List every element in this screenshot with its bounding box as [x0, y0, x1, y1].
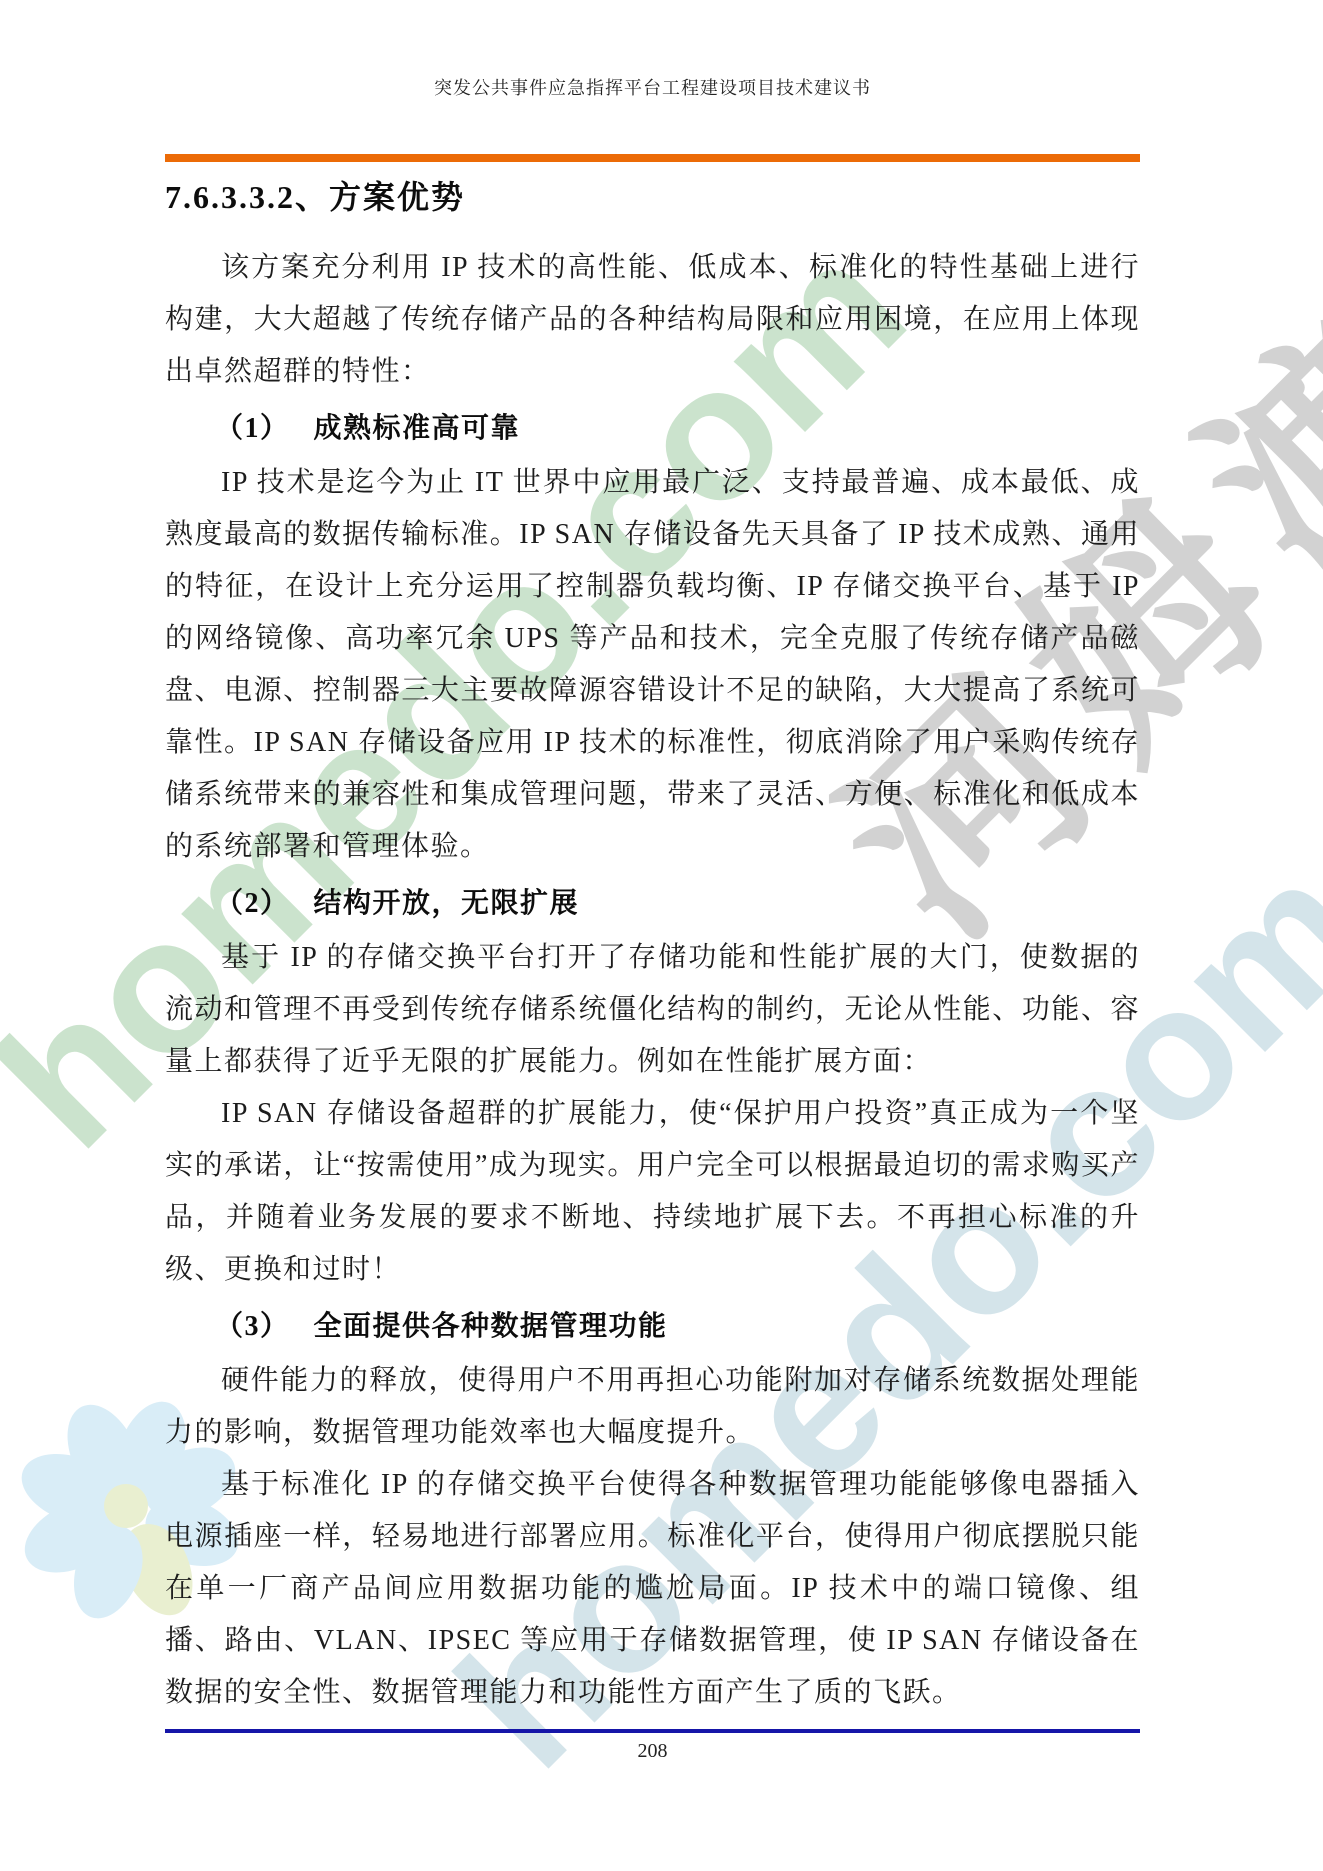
intro-paragraph: 该方案充分利用 IP 技术的高性能、低成本、标准化的特性基础上进行构建，大大超越… — [165, 242, 1140, 398]
flower-petal — [11, 1440, 123, 1533]
subsection-heading-2: （2）结构开放，无限扩展 — [165, 877, 1140, 930]
flower-petal — [52, 1393, 151, 1507]
subsection-heading-1: （1）成熟标准高可靠 — [165, 402, 1140, 455]
footer-blue-rule — [165, 1729, 1140, 1733]
subsection-number: （3） — [215, 1311, 290, 1342]
flower-petal — [60, 1515, 153, 1627]
content-column: 突发公共事件应急指挥平台工程建设项目技术建议书 7.6.3.3.2、方案优势 该… — [165, 0, 1140, 1719]
document-page: homedo.com homedo.com 河姆渡 突发公共事件应急指挥平台工程… — [0, 0, 1323, 1871]
paragraph: 基于 IP 的存储交换平台打开了存储功能和性能扩展的大门，使数据的流动和管理不再… — [165, 932, 1140, 1088]
paragraph: IP 技术是迄今为止 IT 世界中应用最广泛、支持最普遍、成本最低、成熟度最高的… — [165, 457, 1140, 873]
subsection-title: 全面提供各种数据管理功能 — [314, 1310, 668, 1341]
subsection-number: （2） — [215, 888, 290, 919]
paragraph: IP SAN 存储设备超群的扩展能力，使“保护用户投资”真正成为一个坚实的承诺，… — [165, 1088, 1140, 1296]
flower-petal — [13, 1488, 127, 1587]
flower-center — [104, 1484, 148, 1528]
subsection-number: （1） — [215, 413, 290, 444]
subsection-title: 成熟标准高可靠 — [314, 412, 521, 443]
paragraph: 硬件能力的释放，使得用户不用再担心功能附加对存储系统数据处理能力的影响，数据管理… — [165, 1355, 1140, 1459]
subsection-title: 结构开放，无限扩展 — [314, 887, 580, 918]
page-number: 208 — [165, 1740, 1140, 1763]
header-orange-rule — [165, 154, 1140, 162]
body-text: 该方案充分利用 IP 技术的高性能、低成本、标准化的特性基础上进行构建，大大超越… — [165, 242, 1140, 1719]
subsection-heading-3: （3）全面提供各种数据管理功能 — [165, 1300, 1140, 1353]
paragraph: 基于标准化 IP 的存储交换平台使得各种数据管理功能能够像电器插入电源插座一样，… — [165, 1459, 1140, 1719]
section-heading: 7.6.3.3.2、方案优势 — [165, 172, 1140, 218]
document-header-title: 突发公共事件应急指挥平台工程建设项目技术建议书 — [165, 74, 1140, 100]
